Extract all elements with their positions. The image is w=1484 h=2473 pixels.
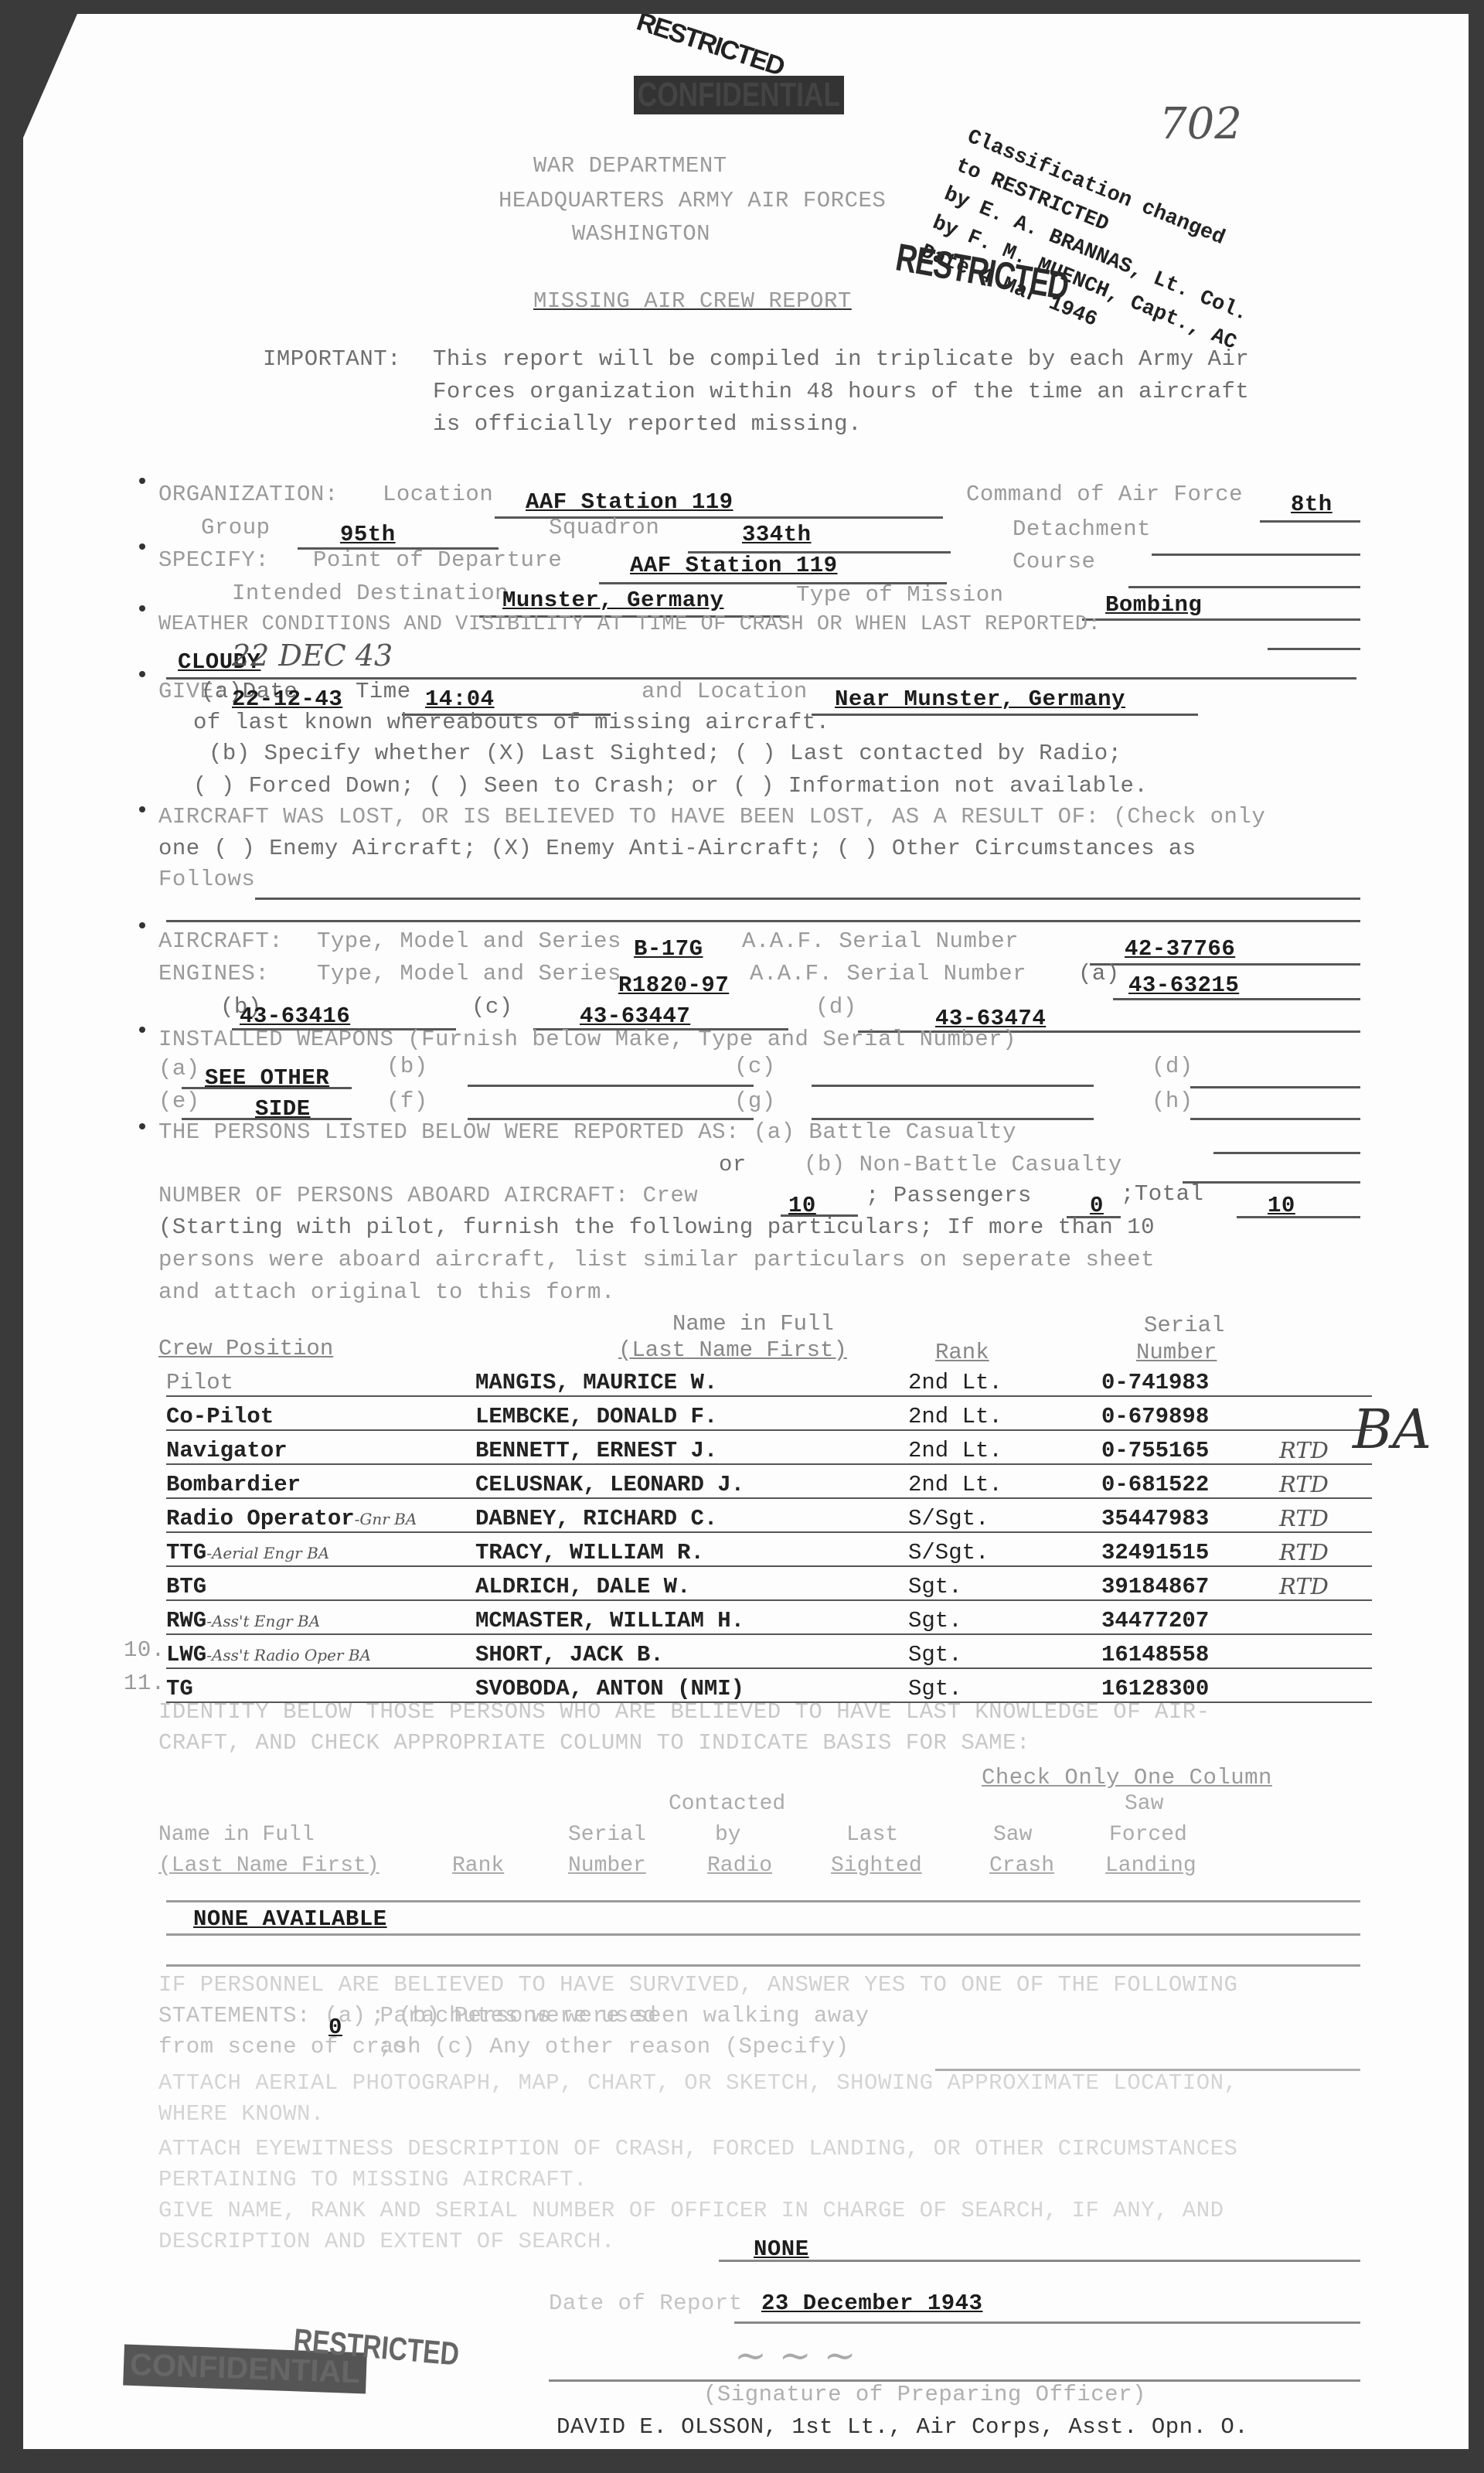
table-row: TG SVOBODA, ANTON (NMI) Sgt. 16128300 (166, 1668, 1372, 1702)
table-row: Radio Operator-Gnr BA DABNEY, RICHARD C.… (166, 1498, 1372, 1532)
lost-line-2: one ( ) Enemy Aircraft; (X) Enemy Anti-A… (158, 836, 1196, 861)
table-row: TTG-Aerial Engr BA TRACY, WILLIAM R. S/S… (166, 1532, 1372, 1566)
faint-paragraph-1: ATTACH AERIAL PHOTOGRAPH, MAP, CHART, OR… (158, 2070, 1237, 2096)
margin-number-11: 11. (124, 1671, 165, 1696)
crew-position: TG (166, 1676, 193, 1701)
crew-position: BTG (166, 1574, 206, 1599)
col-header-rank: Rank (935, 1340, 989, 1365)
give-location-value: Near Munster, Germany (835, 686, 1125, 712)
casualty-or: or (719, 1152, 747, 1177)
preparing-officer-name: DAVID E. OLSSON, 1st Lt., Air Corps, Ass… (556, 2414, 1248, 2440)
crew-rank: Sgt. (908, 1676, 962, 1701)
crew-name: SVOBODA, ANTON (NMI) (475, 1676, 744, 1701)
squadron-label: Squadron (549, 515, 659, 540)
crew-rank: 2nd Lt. (908, 1404, 1002, 1429)
weapon-key-h: (h) (1152, 1088, 1193, 1114)
margin-dot (139, 1123, 145, 1129)
engine-serial-key-d: (d) (815, 994, 857, 1020)
hq-line: HEADQUARTERS ARMY AIR FORCES (499, 188, 886, 213)
important-line-3: is officially reported missing. (433, 411, 862, 437)
group-value: 95th (340, 522, 396, 547)
total-count: 10 (1268, 1193, 1295, 1218)
restricted-stamp-top: RESTRICTED (633, 6, 788, 82)
group-label: Group (201, 515, 271, 540)
persons-note-1: (Starting with pilot, furnish the follow… (158, 1214, 1155, 1240)
persons-note-2: persons were aboard aircraft, list simil… (158, 1247, 1155, 1272)
weapon-key-e: (e) (158, 1088, 200, 1114)
weapon-key-c: (c) (734, 1054, 776, 1079)
table-row: Bombardier CELUSNAK, LEONARD J. 2nd Lt. … (166, 1464, 1372, 1498)
crew-rank: Sgt. (908, 1574, 962, 1599)
engine-serial-b: 43-63416 (240, 1003, 350, 1029)
crew-name: MCMASTER, WILLIAM H. (475, 1608, 744, 1633)
crew-note: RTD (1279, 1437, 1329, 1463)
crew-position: Navigator (166, 1438, 288, 1463)
crew-table: Pilot MANGIS, MAURICE W. 2nd Lt. 0-74198… (166, 1363, 1372, 1703)
crew-position-annotation: -Gnr BA (355, 1510, 417, 1528)
col-header-position: Crew Position (158, 1336, 333, 1361)
table-row: LWG-Ass't Radio Oper BA SHORT, JACK B. S… (166, 1634, 1372, 1668)
col-header-serial-top: Serial (1144, 1313, 1224, 1338)
crew-position: Bombardier (166, 1472, 301, 1497)
engines-type-value: R1820-97 (618, 973, 729, 998)
kh-sighted-mid: Last (846, 1823, 898, 1847)
crew-serial: 39184867 (1101, 1574, 1209, 1599)
engines-label: ENGINES: (158, 961, 269, 986)
engine-serial-a: 43-63215 (1128, 973, 1239, 998)
kh-rank: Rank (452, 1854, 504, 1878)
crew-serial: 0-741983 (1101, 1370, 1209, 1395)
crew-position: LWG (166, 1642, 206, 1667)
weapon-key-d: (d) (1152, 1054, 1193, 1079)
kh-serial-bottom: Number (568, 1854, 646, 1878)
kh-name-bottom: (Last Name First) (158, 1854, 380, 1878)
dept-line: WAR DEPARTMENT (533, 153, 727, 179)
table-row: BTG ALDRICH, DALE W. Sgt. 39184867 RTD (166, 1566, 1372, 1600)
crew-position: RWG (166, 1608, 206, 1633)
crew-serial: 0-755165 (1101, 1438, 1209, 1463)
city-line: WASHINGTON (572, 221, 710, 247)
crew-name: ALDRICH, DALE W. (475, 1574, 690, 1599)
officer-signature: ~ ~ ~ (734, 2333, 856, 2378)
crew-name: LEMBCKE, DONALD F. (475, 1404, 717, 1429)
kh-crash-bottom: Crash (989, 1854, 1054, 1878)
departure-value: AAF Station 119 (630, 553, 838, 578)
report-date-label: Date of Report (549, 2291, 743, 2316)
crew-note: RTD (1279, 1505, 1329, 1531)
engine-serial-c: 43-63447 (580, 1003, 690, 1029)
weapons-label: INSTALLED WEAPONS (Furnish below Make, T… (158, 1027, 1016, 1052)
aircraft-type-label: Type, Model and Series (317, 928, 621, 954)
time-value: 14:04 (425, 686, 495, 712)
casualty-label: THE PERSONS LISTED BELOW WERE REPORTED A… (158, 1119, 1016, 1145)
command-label: Command of Air Force (966, 482, 1243, 507)
course-label: Course (1013, 549, 1095, 574)
crew-rank: Sgt. (908, 1608, 962, 1633)
crew-rank: 2nd Lt. (908, 1472, 1002, 1497)
crew-position-annotation: -Ass't Engr BA (206, 1612, 320, 1630)
engines-serial-label: A.A.F. Serial Number (750, 961, 1026, 986)
crew-position: Co-Pilot (166, 1404, 274, 1429)
kh-serial-mid: Serial (568, 1823, 646, 1847)
crew-serial: 32491515 (1101, 1540, 1209, 1565)
faint-paragraph-4: PERTAINING TO MISSING AIRCRAFT. (158, 2167, 587, 2192)
weapon-key-g: (g) (734, 1088, 776, 1114)
location-value: AAF Station 119 (526, 489, 733, 515)
engines-type-label: Type, Model and Series (317, 961, 621, 986)
table-row: Pilot MANGIS, MAURICE W. 2nd Lt. 0-74198… (166, 1363, 1372, 1396)
mission-type-label: Type of Mission (796, 582, 1004, 608)
kh-radio-bottom: Radio (707, 1854, 772, 1878)
persons-label: NUMBER OF PERSONS ABOARD AIRCRAFT: Crew (158, 1183, 698, 1208)
crew-name: MANGIS, MAURICE W. (475, 1370, 717, 1395)
command-value: 8th (1291, 492, 1333, 517)
crew-position-annotation: -Ass't Radio Oper BA (206, 1646, 371, 1664)
crew-position: Pilot (166, 1370, 233, 1395)
crew-rank: Sgt. (908, 1642, 962, 1667)
handwritten-ba-initials: BA (1353, 1398, 1431, 1461)
kh-crash-mid: Saw (993, 1823, 1032, 1847)
margin-dot (139, 1027, 145, 1033)
specify-label: SPECIFY: (158, 547, 269, 573)
document-page: RESTRICTED CONFIDENTIAL 702 Classificati… (23, 14, 1469, 2449)
margin-dot (139, 605, 145, 611)
faint-paragraph-2: WHERE KNOWN. (158, 2101, 325, 2127)
casualty-b: (b) Non-Battle Casualty (804, 1152, 1122, 1177)
confidential-stamp-top: CONFIDENTIAL (634, 76, 844, 114)
crew-rank: S/Sgt. (908, 1540, 989, 1565)
kh-sighted-bottom: Sighted (831, 1854, 922, 1878)
mission-type-value: Bombing (1105, 592, 1202, 618)
crew-rank: 2nd Lt. (908, 1370, 1002, 1395)
weapon-key-f: (f) (386, 1088, 428, 1114)
form-title: MISSING AIR CREW REPORT (533, 288, 852, 314)
engine-serial-key-c: (c) (471, 994, 513, 1020)
weapon-key-a: (a) (158, 1056, 200, 1082)
location-label: Location (383, 482, 493, 507)
lost-line-3: Follows (158, 867, 255, 892)
important-line-1: This report will be compiled in triplica… (433, 346, 1249, 372)
give-b-line-2: ( ) Forced Down; ( ) Seen to Crash; or (… (193, 773, 1148, 799)
knowledge-none-available: NONE AVAILABLE (193, 1906, 387, 1932)
crew-serial: 0-681522 (1101, 1472, 1209, 1497)
important-label: IMPORTANT: (263, 346, 401, 372)
margin-dot (139, 543, 145, 550)
knowledge-line-1: IDENTITY BELOW THOSE PERSONS WHO ARE BEL… (158, 1699, 1210, 1725)
crew-note: RTD (1279, 1539, 1329, 1565)
crew-name: CELUSNAK, LEONARD J. (475, 1472, 744, 1497)
weather-label: WEATHER CONDITIONS AND VISIBILITY AT TIM… (158, 613, 1101, 636)
faint-paragraph-3: ATTACH EYEWITNESS DESCRIPTION OF CRASH, … (158, 2136, 1237, 2161)
crew-rank: 2nd Lt. (908, 1438, 1002, 1463)
important-line-2: Forces organization within 48 hours of t… (433, 379, 1249, 404)
persons-note-3: and attach original to this form. (158, 1279, 615, 1305)
margin-number-10: 10. (124, 1637, 165, 1663)
faint-paragraph-5: GIVE NAME, RANK AND SERIAL NUMBER OF OFF… (158, 2198, 1224, 2223)
report-date: 23 December 1943 (761, 2291, 982, 2316)
time-label: Time (356, 679, 411, 704)
crew-serial: 35447983 (1101, 1506, 1209, 1531)
crew-note: RTD (1279, 1573, 1329, 1599)
margin-dot (139, 922, 145, 928)
crew-rank: S/Sgt. (908, 1506, 989, 1531)
margin-dot (139, 671, 145, 677)
aircraft-serial-label: A.A.F. Serial Number (742, 928, 1019, 954)
parachutes-line-1: IF PERSONNEL ARE BELIEVED TO HAVE SURVIV… (158, 1972, 1237, 1998)
total-label: ;Total (1121, 1181, 1203, 1207)
knowledge-table-header: Name in Full (Last Name First) Rank Seri… (158, 1792, 1364, 1892)
crew-serial: 16128300 (1101, 1676, 1209, 1701)
crew-name: DABNEY, RICHARD C. (475, 1506, 717, 1531)
col-header-name: (Last Name First) (618, 1337, 847, 1363)
parachutes-line-2b: ; (b) Persons were seen walking away (371, 2003, 870, 2028)
destination-label: Intended Destination (232, 581, 509, 606)
signature-caption: (Signature of Preparing Officer) (703, 2382, 1146, 2407)
margin-dot (139, 806, 145, 812)
table-row: Navigator BENNETT, ERNEST J. 2nd Lt. 0-7… (166, 1430, 1372, 1464)
crew-name: BENNETT, ERNEST J. (475, 1438, 717, 1463)
kh-landing-mid: Forced (1109, 1823, 1187, 1847)
margin-dot (139, 478, 145, 484)
lost-line-1: AIRCRAFT WAS LOST, OR IS BELIEVED TO HAV… (158, 804, 1265, 829)
destination-value: Munster, Germany (502, 588, 723, 613)
crew-serial: 34477207 (1101, 1608, 1209, 1633)
col-header-name-top: Name in Full (672, 1311, 834, 1337)
kh-landing-bottom: Landing (1105, 1854, 1196, 1878)
aircraft-type-value: B-17G (634, 936, 703, 962)
organization-label: ORGANIZATION: (158, 482, 339, 507)
kh-radio-top: Contacted (669, 1792, 785, 1816)
kh-radio-mid: by (715, 1823, 741, 1847)
handwritten-number: 702 (1159, 99, 1242, 149)
check-only-one-column: Check Only One Column (982, 1765, 1272, 1790)
crew-name: TRACY, WILLIAM R. (475, 1540, 704, 1565)
passengers-label: ; Passengers (866, 1183, 1032, 1208)
aircraft-serial-value: 42-37766 (1125, 936, 1235, 962)
detachment-label: Detachment (1013, 516, 1151, 542)
crew-note: RTD (1279, 1471, 1329, 1497)
crew-position: Radio Operator (166, 1506, 355, 1531)
parachutes-line-3b: ;or (c) Any other reason (Specify) (379, 2034, 849, 2059)
crew-position-annotation: -Aerial Engr BA (206, 1544, 329, 1562)
give-location-label: and Location (642, 679, 808, 704)
engine-serial-key-a: (a) (1078, 961, 1120, 986)
give-line-2: of last known whereabouts of missing air… (193, 710, 830, 735)
kh-name-mid: Name in Full (158, 1823, 315, 1847)
kh-landing-top: Saw (1125, 1792, 1163, 1816)
crew-position: TTG (166, 1540, 206, 1565)
knowledge-line-2: CRAFT, AND CHECK APPROPRIATE COLUMN TO I… (158, 1730, 1030, 1756)
squadron-value: 334th (742, 522, 812, 547)
departure-label: Point of Departure (313, 547, 562, 573)
weather-handwritten-date: 22 DEC 43 (232, 639, 393, 673)
table-row: RWG-Ass't Engr BA MCMASTER, WILLIAM H. S… (166, 1600, 1372, 1634)
weapon-key-b: (b) (386, 1054, 428, 1079)
date-value: 22-12-43 (232, 686, 342, 712)
faint-paragraph-6: DESCRIPTION AND EXTENT OF SEARCH. (158, 2229, 615, 2254)
table-row: Co-Pilot LEMBCKE, DONALD F. 2nd Lt. 0-67… (166, 1396, 1372, 1430)
col-header-serial: Number (1136, 1340, 1217, 1365)
search-value-none: NONE (754, 2236, 809, 2262)
crew-serial: 16148558 (1101, 1642, 1209, 1667)
aircraft-label: AIRCRAFT: (158, 928, 283, 954)
give-b-line-1: (b) Specify whether (X) Last Sighted; ( … (209, 741, 1122, 766)
crew-serial: 0-679898 (1101, 1404, 1209, 1429)
crew-name: SHORT, JACK B. (475, 1642, 664, 1667)
